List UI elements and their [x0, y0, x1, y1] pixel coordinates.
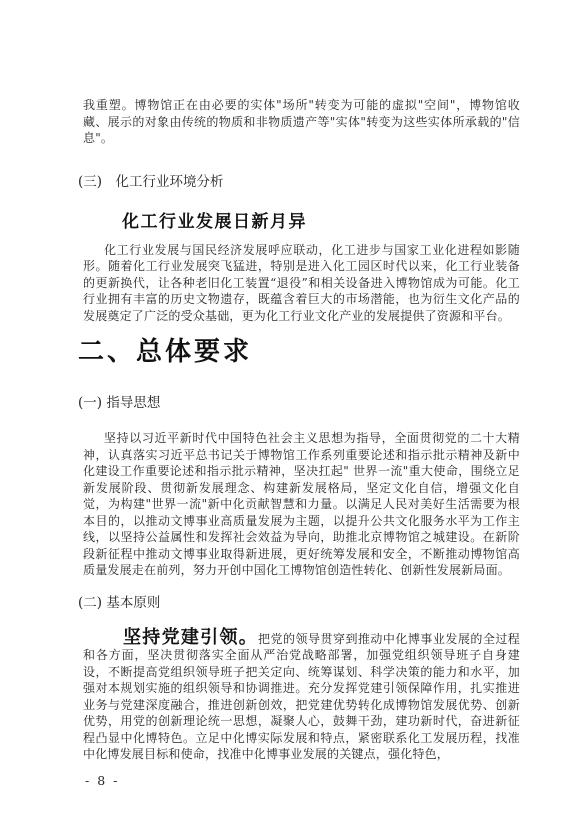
- principle-body-text: 把党的领导贯穿到推动中化博事业发展的全过程和各方面，坚决贯彻落实全面从严治党战略…: [83, 632, 520, 762]
- paragraph-continuation: 我重塑。博物馆正在由必要的实体"场所"转变为可能的虚拟"空间"，博物馆收藏、展示…: [83, 97, 520, 147]
- section-heading-2: (二) 基本原则: [78, 594, 520, 612]
- document-page: 我重塑。博物馆正在由必要的实体"场所"转变为可能的虚拟"空间"，博物馆收藏、展示…: [0, 0, 585, 837]
- section-heading-1: (一) 指导思想: [78, 394, 520, 412]
- paragraph-basic-principle: 坚持党建引领。把党的领导贯穿到推动中化博事业发展的全过程和各方面，坚决贯彻落实全…: [83, 629, 520, 763]
- paragraph-industry: 化工行业发展与国民经济发展呼应联动，化工进步与国家工业化进程如影随形。随着化工行…: [83, 242, 520, 325]
- principle-lead-text: 坚持党建引领。: [123, 627, 258, 647]
- page-number: - 8 -: [85, 773, 520, 788]
- section-heading-3: (三) 化工行业环境分析: [78, 173, 520, 191]
- paragraph-guiding-ideology: 坚持以习近平新时代中国特色社会主义思想为指导，全面贯彻党的二十大精神，认真落实习…: [83, 430, 520, 579]
- chapter-heading: 二、总体要求: [78, 337, 520, 365]
- subsection-title: 化工行业发展日新月异: [122, 212, 520, 231]
